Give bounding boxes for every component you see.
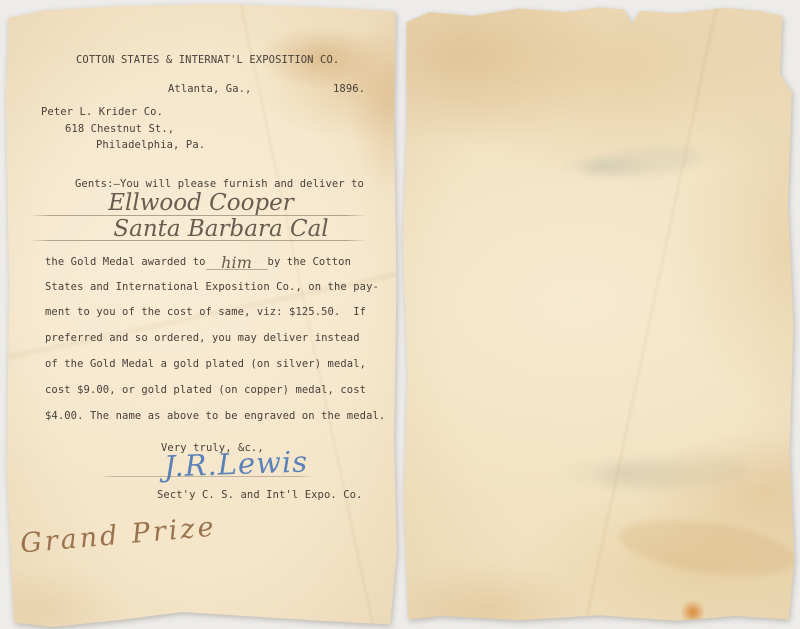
body-line-1: States and International Exposition Co.,…	[45, 281, 379, 293]
dateline-place: Atlanta, Ga.,	[168, 83, 251, 95]
photograph-of-letter: COTTON STATES & INTERNAT'L EXPOSITION CO…	[0, 0, 800, 629]
secretary-signature: J.R.Lewis	[163, 444, 308, 483]
recipient-name: Peter L. Krider Co.	[41, 106, 163, 118]
body-line-4: of the Gold Medal a gold plated (on silv…	[45, 358, 366, 370]
body-line-3: preferred and so ordered, you may delive…	[45, 332, 360, 344]
company-heading: COTTON STATES & INTERNAT'L EXPOSITION CO…	[76, 54, 339, 66]
handwritten-awardee-name: Ellwood Cooper	[66, 190, 336, 216]
letter-back-sheet	[402, 6, 795, 622]
award-line-prefix: the Gold Medal awarded to	[45, 256, 206, 268]
salutation: Gents:—You will please furnish and deliv…	[75, 178, 364, 190]
body-line-5: cost $9.00, or gold plated (on copper) m…	[45, 384, 366, 396]
dateline-year: 1896.	[333, 83, 365, 95]
ink-bleed-smudge-upper	[582, 141, 704, 181]
handwritten-awardee-address: Santa Barbara Cal	[86, 216, 356, 242]
water-stain	[616, 511, 800, 586]
recipient-city: Philadelphia, Pa.	[96, 139, 205, 151]
recipient-street: 618 Chestnut St.,	[65, 123, 174, 135]
signature-rule	[101, 476, 313, 477]
ruled-line-address	[30, 240, 366, 241]
award-line-suffix: by the Cotton	[268, 256, 351, 268]
letter-front-paper: COTTON STATES & INTERNAT'L EXPOSITION CO…	[6, 4, 398, 627]
body-line-6: $4.00. The name as above to be engraved …	[45, 410, 385, 422]
letter-front-sheet: COTTON STATES & INTERNAT'L EXPOSITION CO…	[6, 4, 398, 627]
grand-prize-annotation: Grand Prize	[19, 511, 218, 559]
letter-back-paper	[402, 6, 795, 622]
body-line-2: ment to you of the cost of same, viz: $1…	[45, 306, 366, 318]
handwritten-him: him	[206, 256, 268, 270]
ink-bleed-smudge-lower	[598, 452, 750, 494]
award-line: the Gold Medal awarded tohimby the Cotto…	[45, 256, 351, 270]
signer-title: Sect'y C. S. and Int'l Expo. Co.	[157, 489, 363, 501]
